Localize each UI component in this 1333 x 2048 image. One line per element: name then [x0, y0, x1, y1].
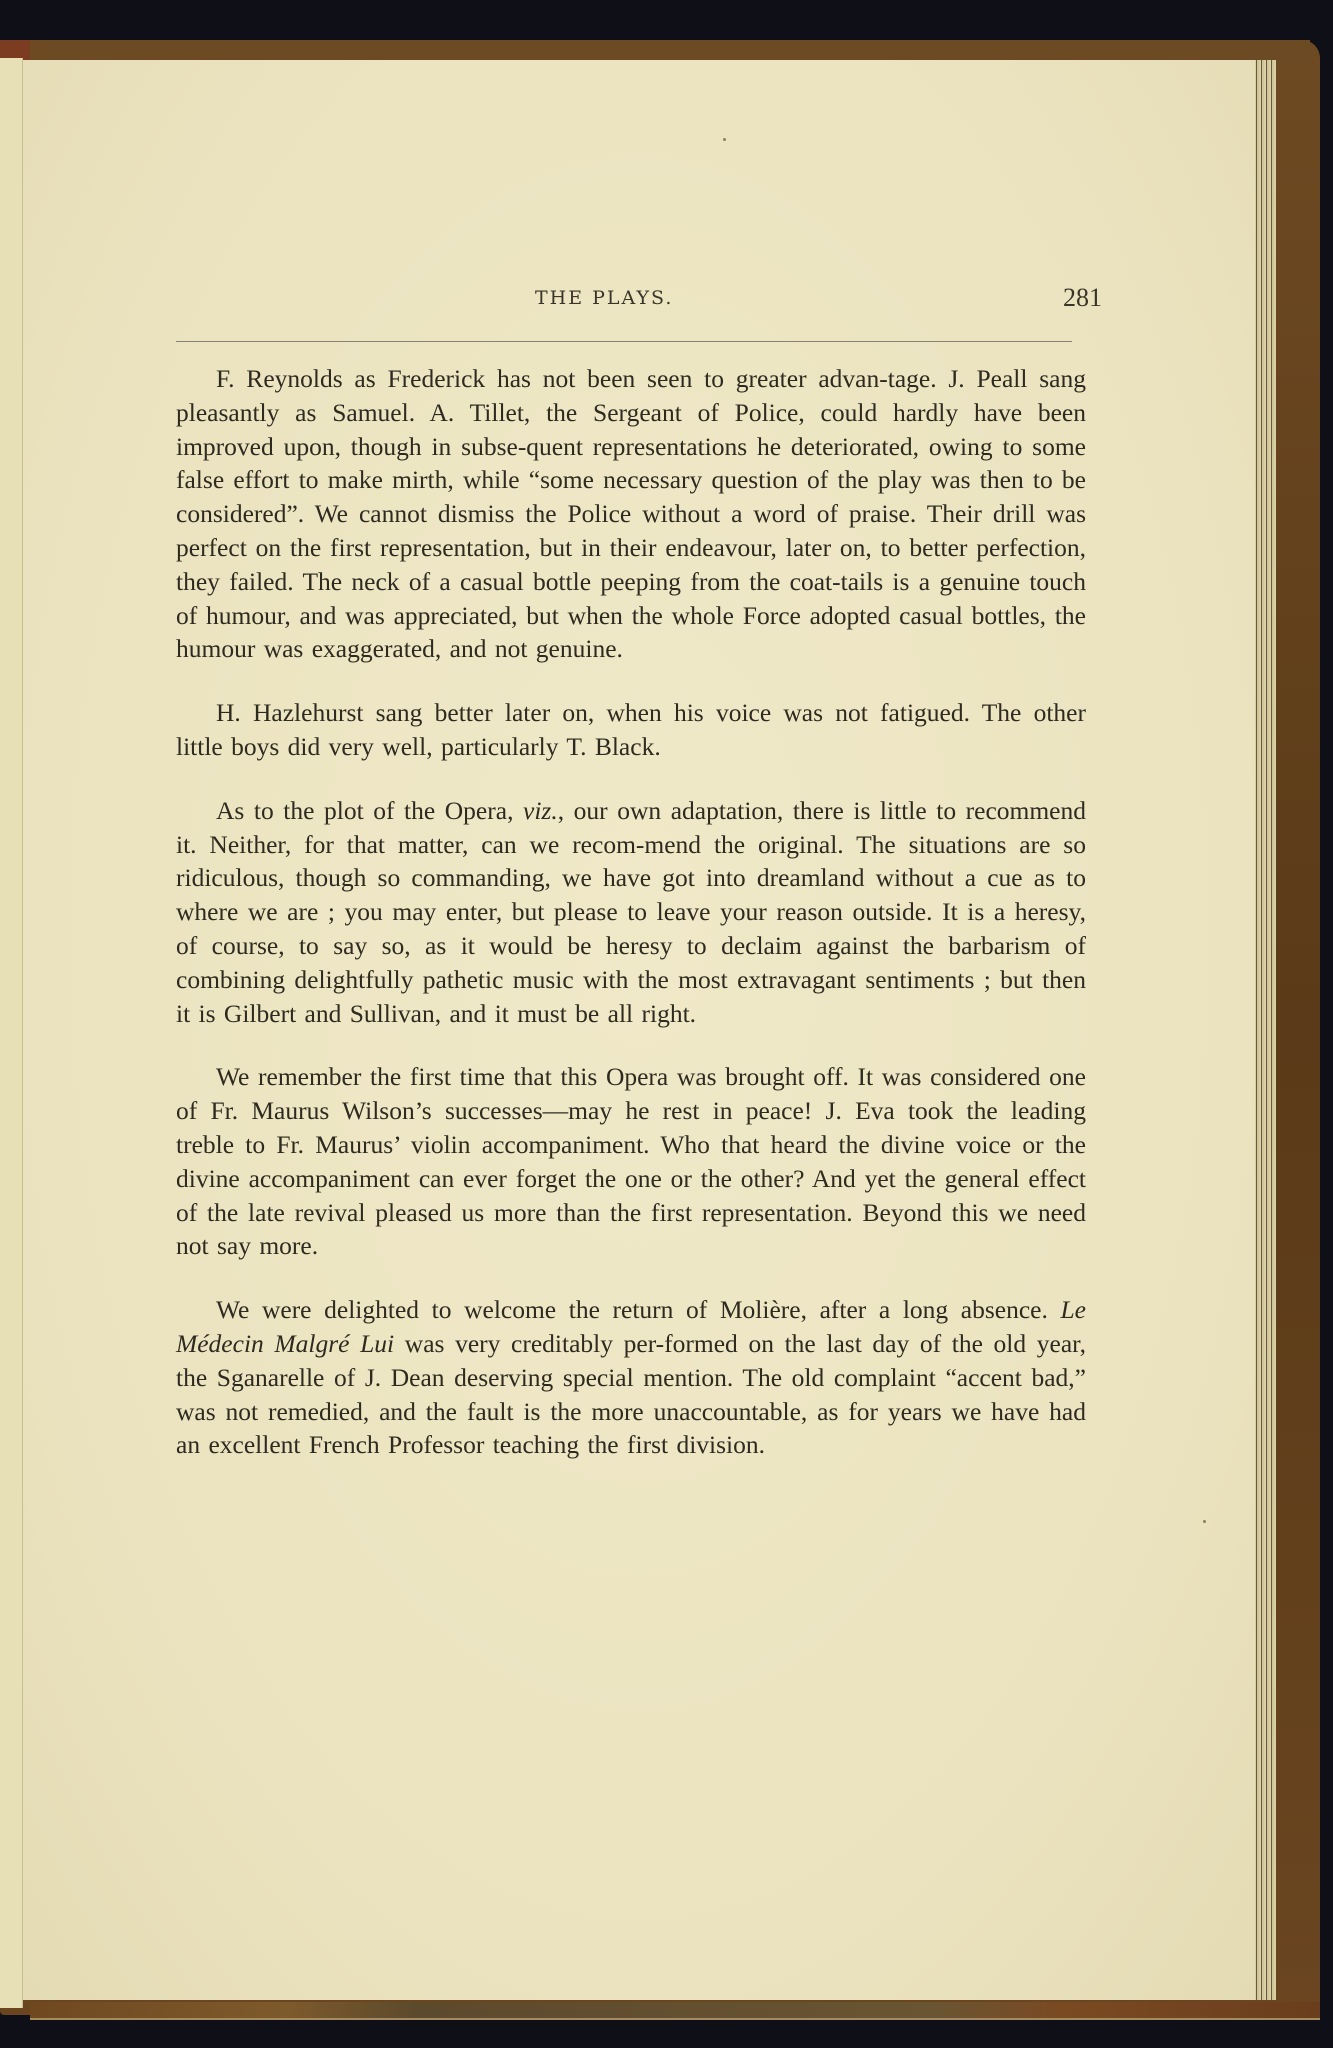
paper-speck [723, 138, 726, 141]
text-run: , our own adaptation, there is little to… [176, 796, 1086, 1028]
paragraph: We were delighted to welcome the return … [176, 1293, 1086, 1462]
italic-title: viz. [523, 796, 558, 825]
page-fore-edges [1254, 60, 1276, 2000]
text-run: We remember the first time that this Ope… [176, 1062, 1086, 1260]
running-head: THE PLAYS. 281 [23, 287, 1255, 317]
paragraph: F. Reynolds as Frederick has not been se… [176, 362, 1086, 666]
running-title: THE PLAYS. [535, 287, 673, 309]
header-rule [176, 341, 1072, 342]
text-run: H. Hazlehurst sang better later on, when… [176, 698, 1086, 761]
paragraph: H. Hazlehurst sang better later on, when… [176, 696, 1086, 764]
book-cover-bottom-edge [30, 2002, 1320, 2020]
facing-page-edge [0, 58, 23, 2008]
text-run: We were delighted to welcome the return … [216, 1295, 1061, 1324]
text-run: F. Reynolds as Frederick has not been se… [176, 364, 1086, 663]
body-text: F. Reynolds as Frederick has not been se… [176, 362, 1086, 1492]
paper-speck [1203, 1520, 1206, 1523]
paragraph: We remember the first time that this Ope… [176, 1060, 1086, 1263]
text-run: As to the plot of the Opera, [216, 796, 523, 825]
page-number: 281 [1063, 283, 1102, 313]
paragraph: As to the plot of the Opera, viz., our o… [176, 794, 1086, 1031]
